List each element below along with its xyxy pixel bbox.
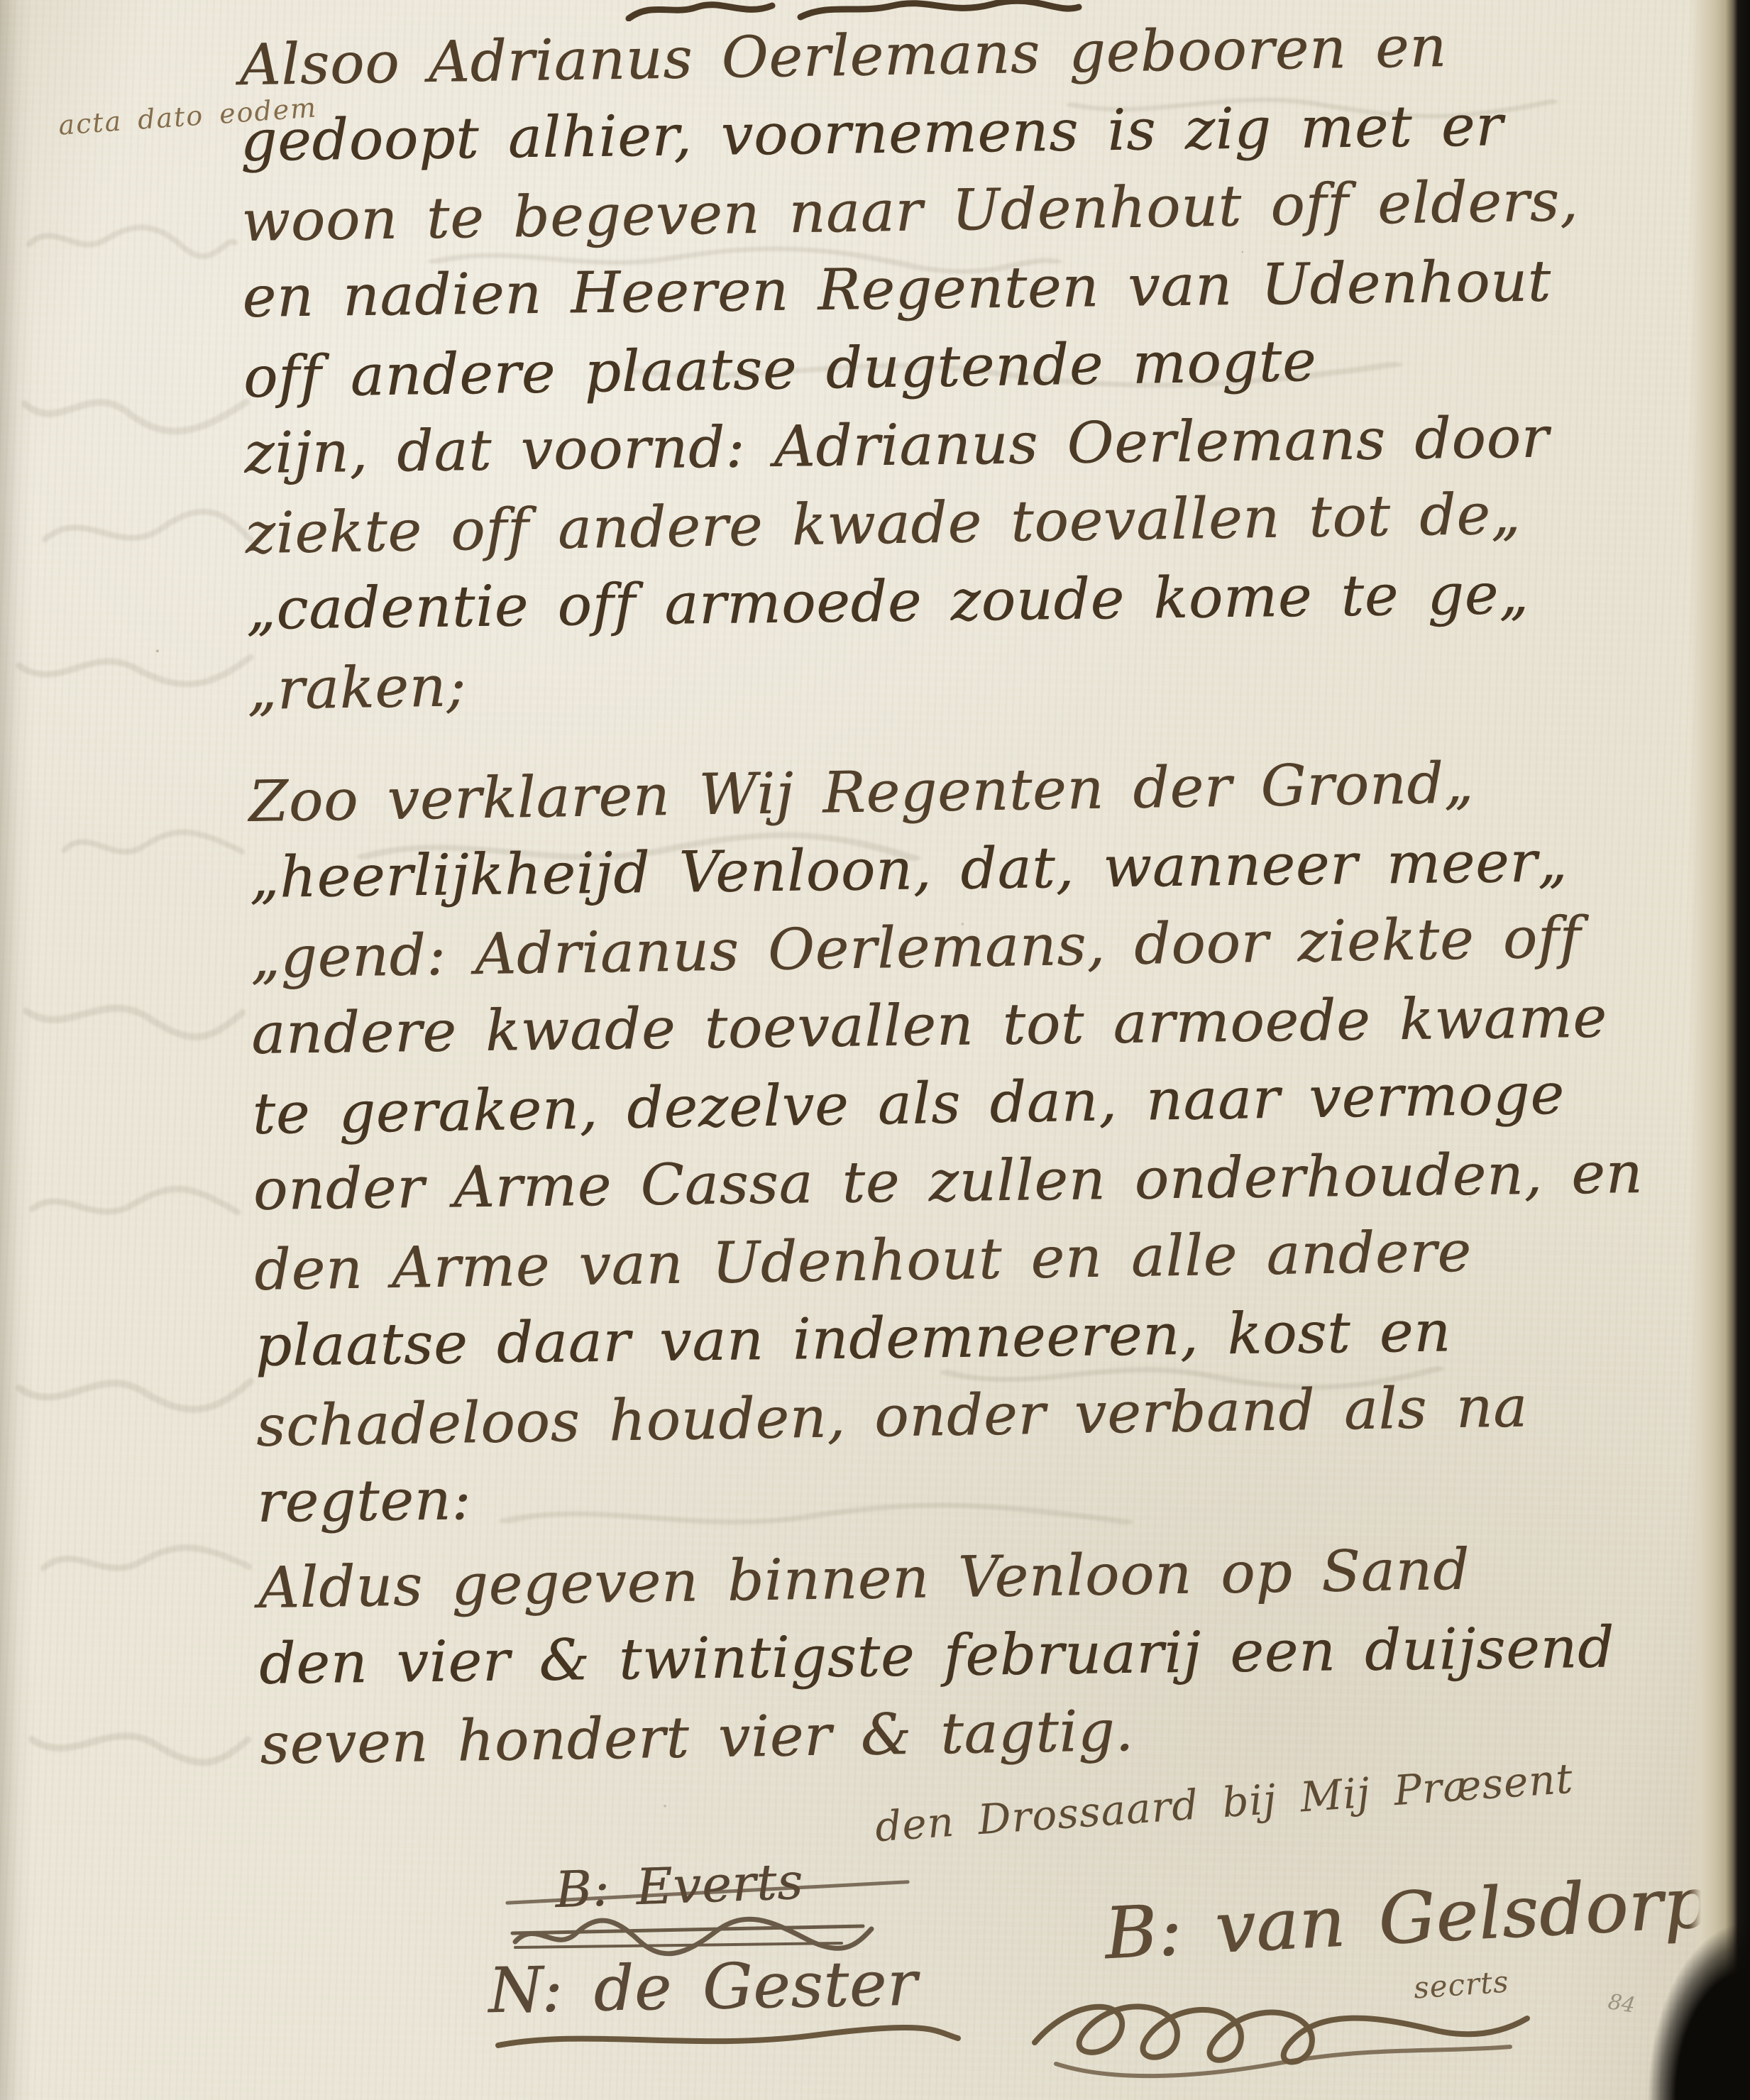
- signature-de-gester: N: de Gester: [488, 1947, 918, 2028]
- page-edge-band: [1689, 0, 1750, 2100]
- document-body: Alsoo Adrianus Oerlemans gebooren engedo…: [239, 10, 1650, 1784]
- signature-paraph-flourish: [1013, 1979, 1539, 2085]
- bleedthrough-ghost: [20, 978, 247, 1056]
- paragraph-declaration: Zoo verklaren Wij Regenten der Grond„„he…: [248, 747, 1648, 1544]
- bleedthrough-ghost: [61, 815, 246, 879]
- bleedthrough-ghost: [40, 1527, 253, 1598]
- manuscript-scan: acta dato eodem Alsoo Adrianus Oerlemans…: [0, 0, 1750, 2100]
- bleedthrough-ghost: [26, 1705, 253, 1783]
- bleedthrough-ghost: [14, 1350, 255, 1428]
- bleedthrough-ghost: [28, 1170, 241, 1241]
- paragraph-premise: Alsoo Adrianus Oerlemans gebooren engedo…: [239, 10, 1637, 730]
- signature-underline-flourish: [494, 2024, 962, 2055]
- bleedthrough-ghost: [26, 207, 238, 271]
- bleedthrough-ghost: [41, 498, 254, 566]
- bleedthrough-ghost: [18, 369, 253, 447]
- scan-dark-corner: [1629, 1887, 1750, 2100]
- bleedthrough-ghost: [14, 630, 255, 701]
- paragraph-closing: Aldus gegeven binnen Venloon op Sandden …: [258, 1533, 1650, 1784]
